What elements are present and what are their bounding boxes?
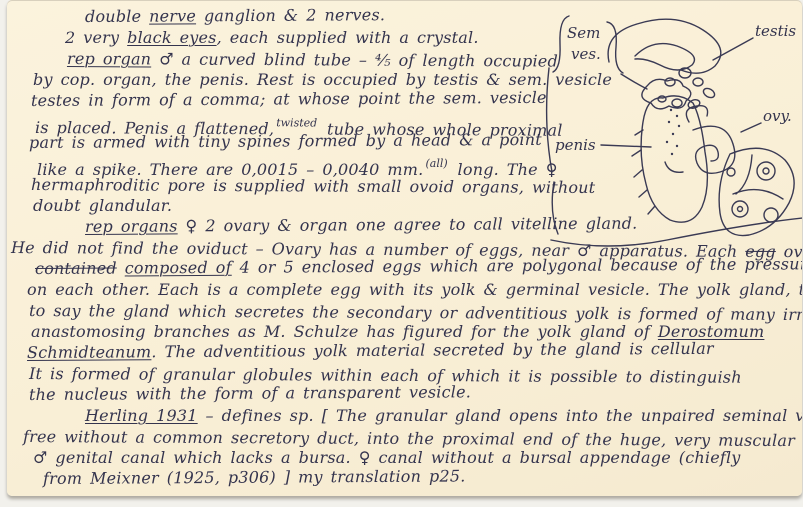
text-segment: the nucleus with the form of a transpare… [29,382,471,404]
handwritten-line: Schmidteanum. The adventitious yolk mate… [27,337,802,363]
handwritten-line: rep organs ♀ 2 ovary & organ one agree t… [85,212,802,237]
handwritten-line: on each other. Each is a complete egg wi… [27,279,802,300]
text-segment [117,258,125,277]
handwritten-line: double nerve ganglion & 2 nerves. [85,2,802,27]
text-segment: 4 or 5 enclosed eggs which are polygonal… [232,253,802,276]
handwritten-line: the nucleus with the form of a transpare… [29,379,802,405]
text-segment: , each supplied with a crystal. [217,28,479,47]
handwritten-line: rep organ ♂ a curved blind tube – ⅘ of l… [67,48,802,73]
text-segment: to say the gland which secretes the seco… [29,301,802,324]
handwritten-line: to say the gland which secretes the seco… [29,300,802,325]
text-segment: doubt glandular. [33,196,172,215]
handwritten-line: contained composed of 4 or 5 enclosed eg… [35,253,802,279]
text-segment: hermaphroditic pore is supplied with sma… [31,175,595,197]
text-segment: (all) [425,157,447,170]
text-segment: rep organ [67,49,151,68]
handwritten-line: Herling 1931 – defines sp. [ The granula… [85,405,802,426]
text-segment: rep organs [85,216,178,236]
handwriting: double nerve ganglion & 2 nerves.2 very … [7,6,802,489]
handwritten-line: testes in form of a comma; at whose poin… [31,85,802,111]
text-segment: 2 very [65,28,127,47]
text-segment: . The adventitious yolk material secrete… [151,339,713,361]
handwritten-line: 2 very black eyes, each supplied with a … [65,27,802,48]
text-segment: part is armed with tiny spines formed by… [29,130,542,152]
text-segment: black eyes [127,28,216,47]
text-segment: double [85,7,149,26]
text-segment: free without a common secretory duct, in… [23,427,795,450]
text-segment: – defines sp. [ The granular gland opens… [198,406,802,425]
text-segment: Schmidteanum [27,342,152,362]
text-segment: Herling 1931 [85,406,198,425]
text-segment: from Meixner (1925, p306) ] my translati… [43,466,466,488]
text-segment: contained [35,259,117,278]
text-segment: ♀ 2 ovary & organ one agree to call vite… [178,214,638,236]
text-segment: on each other. Each is a complete egg wi… [27,280,802,299]
handwritten-line: part is armed with tiny spines formed by… [29,127,802,153]
text-segment: ganglion & 2 nerves. [196,5,385,25]
note-card: double nerve ganglion & 2 nerves.2 very … [7,0,802,496]
text-segment: testes in form of a comma; at whose poin… [31,88,547,110]
handwritten-line: from Meixner (1925, p306) ] my translati… [43,463,802,489]
text-segment: nerve [149,6,196,25]
text-segment: composed of [125,258,232,278]
handwritten-line: free without a common secretory duct, in… [23,426,802,451]
handwritten-line: like a spike. There are 0,0015 – 0,0040 … [37,153,802,174]
text-segment: ♂ a curved blind tube – ⅘ of length occu… [151,49,558,70]
text-segment: twisted [276,116,317,129]
handwritten-line: hermaphroditic pore is supplied with sma… [31,174,802,199]
